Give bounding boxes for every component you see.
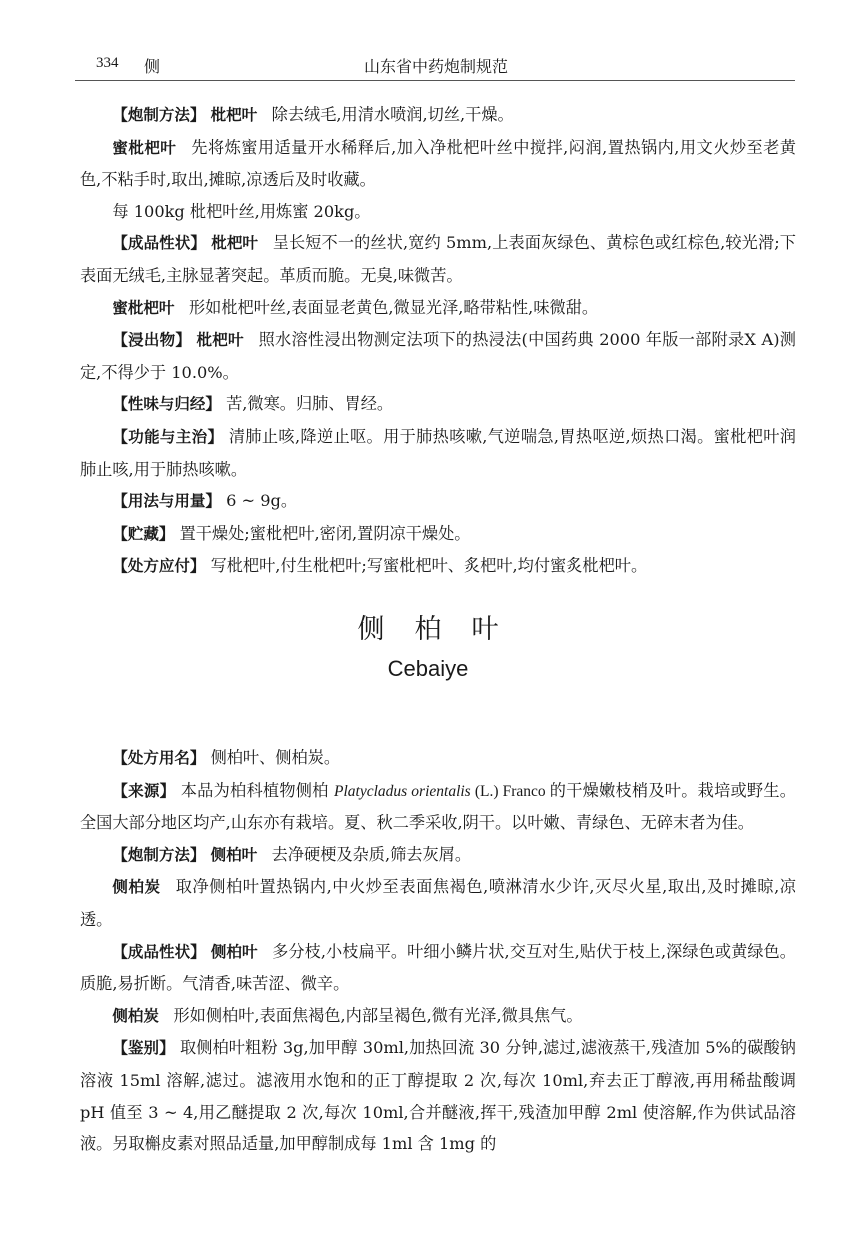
- section-label: 【用法与用量】: [112, 492, 221, 510]
- paragraph-text: 形如侧柏叶,表面焦褐色,内部呈褐色,微有光泽,微具焦气。: [173, 1006, 582, 1025]
- sub-label: 蜜枇杷叶: [112, 299, 174, 317]
- section-label: 【功能与主治】: [112, 428, 223, 446]
- paragraph-text: 每 100kg 枇杷叶丝,用炼蜜 20kg。: [112, 202, 370, 221]
- book-title: 山东省中药炮制规范: [78, 54, 794, 77]
- section-label: 【处方应付】: [112, 557, 205, 575]
- entry-title-block: 侧柏叶 Cebaiye: [0, 610, 856, 686]
- section-label: 【鉴别】: [112, 1039, 174, 1057]
- sub-label: 枇杷叶: [211, 234, 258, 252]
- header-rule: [75, 80, 795, 81]
- paragraph-text: 先将炼蜜用适量开水稀释后,加入净枇杷叶丝中搅拌,闷润,置热锅内,用文火炒至老黄色…: [80, 138, 796, 190]
- section-label: 【炮制方法】: [112, 846, 205, 864]
- sub-label: 蜜枇杷叶: [112, 139, 176, 157]
- paragraph-text: 除去绒毛,用清水喷润,切丝,干燥。: [272, 105, 514, 124]
- paragraph-text-lead: 本品为柏科植物侧柏: [181, 781, 334, 800]
- paragraph-text: 去净硬梗及杂质,筛去灰屑。: [272, 845, 471, 864]
- paragraph-charcoal-characteristics: 侧柏炭形如侧柏叶,表面焦褐色,内部呈褐色,微有光泽,微具焦气。: [80, 1000, 796, 1033]
- paragraph-charcoal-processing: 侧柏炭取净侧柏叶置热锅内,中火炒至表面焦褐色,喷淋清水少许,灭尽火星,取出,及时…: [80, 871, 796, 935]
- section-label: 【贮藏】: [112, 525, 174, 543]
- entry-title-pinyin: Cebaiye: [0, 652, 856, 686]
- section-label: 【炮制方法】: [112, 106, 205, 124]
- paragraph-text: 形如枇杷叶丝,表面显老黄色,微显光泽,略带粘性,味微甜。: [189, 298, 598, 317]
- latin-author: (L.) Franco: [471, 783, 550, 800]
- entry-loquat-leaf-continued: 【炮制方法】 枇杷叶除去绒毛,用清水喷润,切丝,干燥。 蜜枇杷叶先将炼蜜用适量开…: [80, 99, 796, 583]
- paragraph-storage: 【贮藏】 置干燥处;蜜枇杷叶,密闭,置阴凉干燥处。: [80, 518, 796, 551]
- paragraph-source: 【来源】 本品为柏科植物侧柏 Platycladus orientalis (L…: [80, 775, 796, 839]
- section-label: 【来源】: [112, 782, 175, 800]
- sub-label: 侧柏叶: [211, 846, 258, 864]
- paragraph-prescription-names: 【处方用名】 侧柏叶、侧柏炭。: [80, 742, 796, 775]
- sub-label: 侧柏炭: [112, 1007, 159, 1025]
- entry-platycladus-leaf: 【处方用名】 侧柏叶、侧柏炭。 【来源】 本品为柏科植物侧柏 Platyclad…: [80, 742, 796, 1160]
- paragraph-text: 取净侧柏叶置热锅内,中火炒至表面焦褐色,喷淋清水少许,灭尽火星,取出,及时摊晾,…: [80, 877, 796, 929]
- paragraph-prescription-dispensing: 【处方应付】 写枇杷叶,付生枇杷叶;写蜜枇杷叶、炙杷叶,均付蜜炙枇杷叶。: [80, 550, 796, 583]
- paragraph-processing-method: 【炮制方法】 枇杷叶除去绒毛,用清水喷润,切丝,干燥。: [80, 99, 796, 132]
- paragraph-text: 侧柏叶、侧柏炭。: [211, 748, 341, 767]
- paragraph-processing-method: 【炮制方法】 侧柏叶去净硬梗及杂质,筛去灰屑。: [80, 839, 796, 872]
- paragraph-text: 苦,微寒。归肺、胃经。: [226, 394, 393, 413]
- section-label: 【浸出物】: [112, 331, 191, 349]
- paragraph-usage-dosage: 【用法与用量】 6 ~ 9g。: [80, 485, 796, 518]
- paragraph-text: 置干燥处;蜜枇杷叶,密闭,置阴凉干燥处。: [180, 524, 471, 543]
- paragraph-honey-ratio: 每 100kg 枇杷叶丝,用炼蜜 20kg。: [80, 196, 796, 228]
- paragraph-text: 6 ~ 9g。: [226, 491, 297, 510]
- section-label: 【成品性状】: [112, 234, 206, 252]
- running-header: 334 侧 山东省中药炮制规范: [78, 52, 794, 78]
- paragraph-function-indication: 【功能与主治】 清肺止咳,降逆止呕。用于肺热咳嗽,气逆喘急,胃热呕逆,烦热口渴。…: [80, 421, 796, 485]
- paragraph-honey-processing: 蜜枇杷叶先将炼蜜用适量开水稀释后,加入净枇杷叶丝中搅拌,闷润,置热锅内,用文火炒…: [80, 132, 796, 196]
- paragraph-identification: 【鉴别】 取侧柏叶粗粉 3g,加甲醇 30ml,加热回流 30 分钟,滤过,滤液…: [80, 1032, 796, 1159]
- paragraph-product-characteristics: 【成品性状】 枇杷叶呈长短不一的丝状,宽约 5mm,上表面灰绿色、黄棕色或红棕色…: [80, 227, 796, 291]
- paragraph-product-characteristics: 【成品性状】 侧柏叶多分枝,小枝扁平。叶细小鳞片状,交互对生,贴伏于枝上,深绿色…: [80, 936, 796, 1000]
- latin-species-name: Platycladus orientalis: [334, 783, 471, 800]
- paragraph-honey-characteristics: 蜜枇杷叶形如枇杷叶丝,表面显老黄色,微显光泽,略带粘性,味微甜。: [80, 292, 796, 325]
- section-label: 【性味与归经】: [112, 395, 221, 413]
- section-label: 【成品性状】: [112, 943, 205, 961]
- sub-label: 侧柏炭: [112, 878, 160, 896]
- sub-label: 枇杷叶: [197, 331, 244, 349]
- sub-label: 侧柏叶: [211, 943, 258, 961]
- paragraph-text: 取侧柏叶粗粉 3g,加甲醇 30ml,加热回流 30 分钟,滤过,滤液蒸干,残渣…: [80, 1038, 796, 1153]
- section-label: 【处方用名】: [112, 749, 205, 767]
- entry-title-chinese: 侧柏叶: [30, 610, 856, 650]
- paragraph-text: 写枇杷叶,付生枇杷叶;写蜜枇杷叶、炙杷叶,均付蜜炙枇杷叶。: [211, 556, 648, 575]
- sub-label: 枇杷叶: [211, 106, 258, 124]
- paragraph-nature-meridian: 【性味与归经】 苦,微寒。归肺、胃经。: [80, 388, 796, 421]
- paragraph-extract: 【浸出物】 枇杷叶照水溶性浸出物测定法项下的热浸法(中国药典 2000 年版一部…: [80, 324, 796, 388]
